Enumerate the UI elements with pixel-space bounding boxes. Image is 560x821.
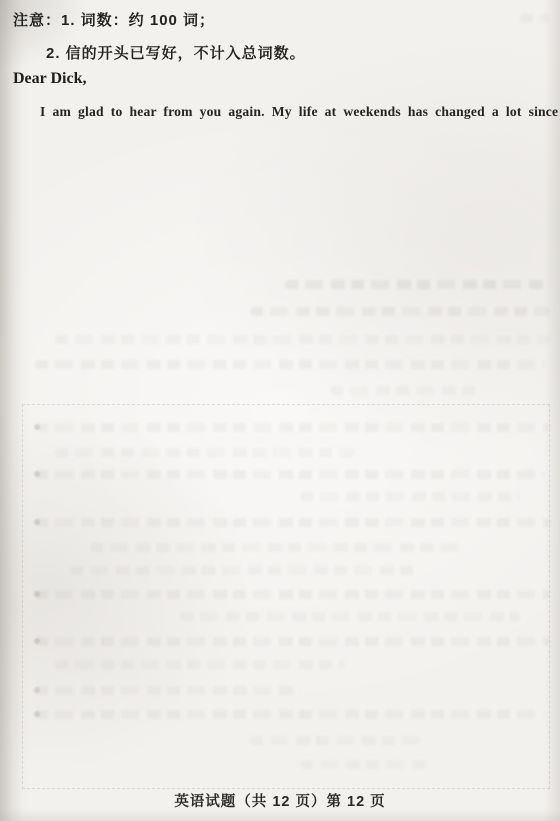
bleed-through-line — [70, 566, 420, 575]
letter-salutation: Dear Dick, — [13, 70, 86, 88]
bleed-through-frame — [22, 404, 550, 789]
bleed-through-line — [35, 423, 550, 432]
bleed-through-bullet — [34, 687, 40, 693]
bleed-through-bullet — [34, 519, 40, 525]
bleed-through-bullet — [34, 711, 40, 717]
bleed-through-bullet — [34, 638, 40, 644]
letter-opening-line: I am glad to hear from you again. My lif… — [40, 104, 548, 120]
scan-shadow-right — [544, 0, 560, 821]
bleed-through-line — [55, 335, 550, 344]
scanned-exam-page: 注意：1. 词数：约 100 词； 2. 信的开头已写好，不计入总词数。 Dea… — [0, 0, 560, 821]
bleed-through-line — [300, 760, 430, 769]
page-footer: 英语试题（共 12 页）第 12 页 — [0, 790, 560, 811]
notice-line-2: 2. 信的开头已写好，不计入总词数。 — [46, 42, 306, 63]
bleed-through-line — [35, 686, 300, 695]
bleed-through-line — [250, 307, 550, 316]
bleed-through-line — [35, 710, 545, 719]
bleed-through-bullet — [34, 591, 40, 597]
notice-line-1: 注意：1. 词数：约 100 词； — [13, 9, 215, 30]
bleed-through-line — [55, 448, 355, 457]
bleed-through-line — [35, 518, 550, 527]
bleed-through-line — [90, 543, 460, 552]
bleed-through-bullet — [34, 424, 40, 430]
scan-shadow-left — [0, 0, 30, 821]
bleed-through-bullet — [34, 471, 40, 477]
bleed-through-line — [180, 612, 520, 621]
bleed-through-line — [35, 637, 550, 646]
bleed-through-line — [330, 386, 480, 395]
bleed-through-line — [285, 280, 547, 289]
bleed-through-line — [35, 360, 545, 369]
bleed-through-line — [300, 492, 520, 501]
bleed-through-line — [35, 470, 545, 479]
bleed-through-line — [520, 14, 550, 23]
bleed-through-line — [250, 736, 420, 745]
bleed-through-line — [55, 660, 345, 669]
bleed-through-line — [35, 590, 550, 599]
